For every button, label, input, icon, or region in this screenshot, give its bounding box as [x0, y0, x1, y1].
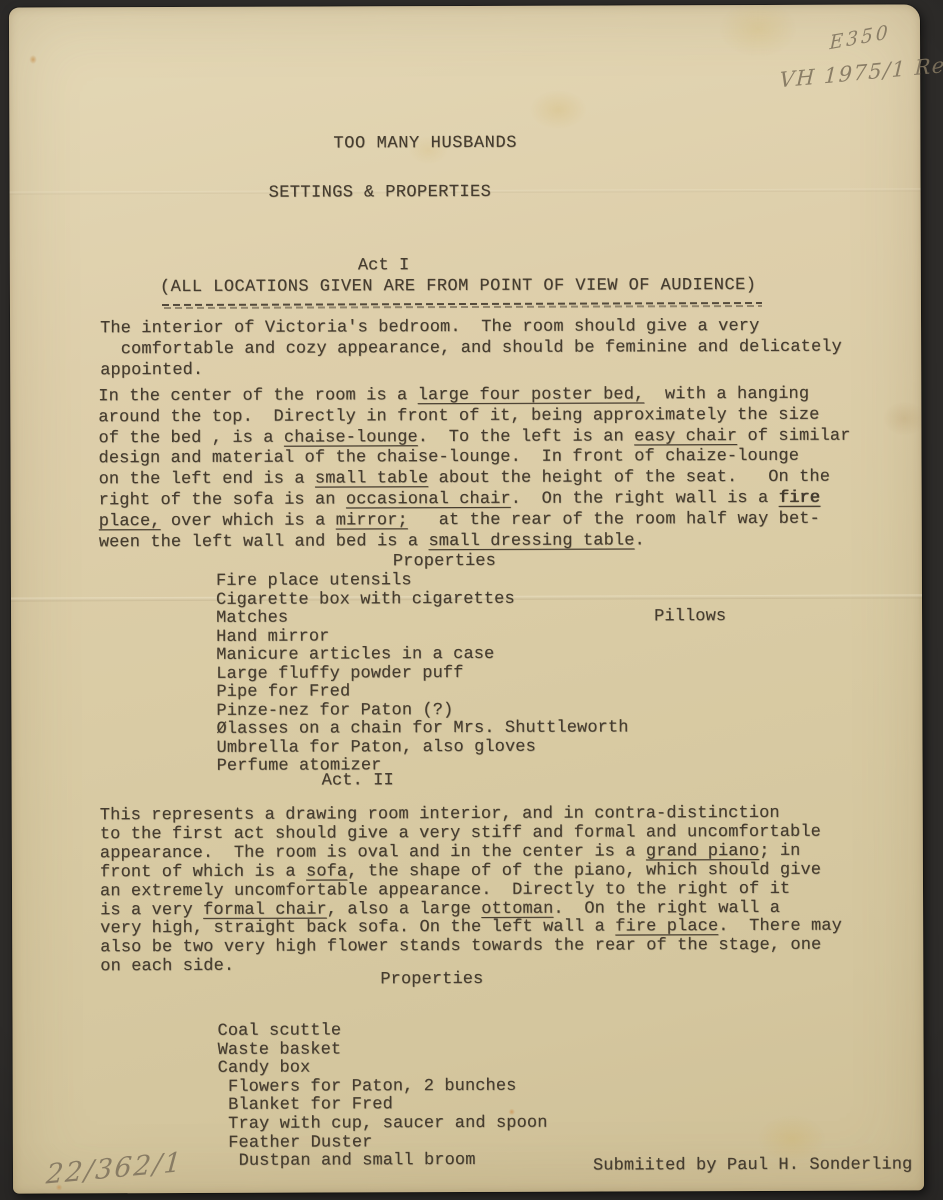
act1-heading: Act I	[358, 256, 410, 275]
act1-properties-heading: Properties	[393, 552, 496, 571]
act2-properties-list: Coal scuttleWaste basketCandy box Flower…	[217, 1022, 547, 1172]
act1-audience-note: (ALL LOCATIONS GIVEN ARE FROM POINT OF V…	[160, 276, 757, 297]
act2-properties-heading: Properties	[380, 970, 483, 989]
document-title: TOO MANY HUSBANDS	[333, 134, 517, 154]
act2-scene-paragraph: This represents a drawing room interior,…	[100, 805, 842, 978]
submitted-by-line: Submiited by Paul H. Sonderling	[593, 1155, 912, 1175]
paper-sheet: TOO MANY HUSBANDS SETTINGS & PROPERTIES …	[9, 4, 924, 1193]
pencil-annotation-bottom-left: 22/362/1	[45, 1147, 184, 1191]
act2-heading: Act. II	[322, 771, 394, 790]
act1-intro-paragraph: The interior of Victoria's bedroom. The …	[100, 317, 842, 382]
dashed-separator	[162, 302, 762, 309]
act1-properties-list: Fire place utensilsCigarette box with ci…	[216, 571, 629, 776]
act1-properties-right-item: Pillows	[654, 607, 726, 626]
pencil-annotation-code: E350	[829, 21, 891, 54]
document-subtitle: SETTINGS & PROPERTIES	[269, 183, 492, 203]
act1-scene-paragraph: In the center of the room is a large fou…	[98, 385, 851, 554]
scanned-page-background: TOO MANY HUSBANDS SETTINGS & PROPERTIES …	[0, 0, 943, 1200]
pencil-annotation-reference: VH 1975/1 Re	[779, 53, 943, 92]
